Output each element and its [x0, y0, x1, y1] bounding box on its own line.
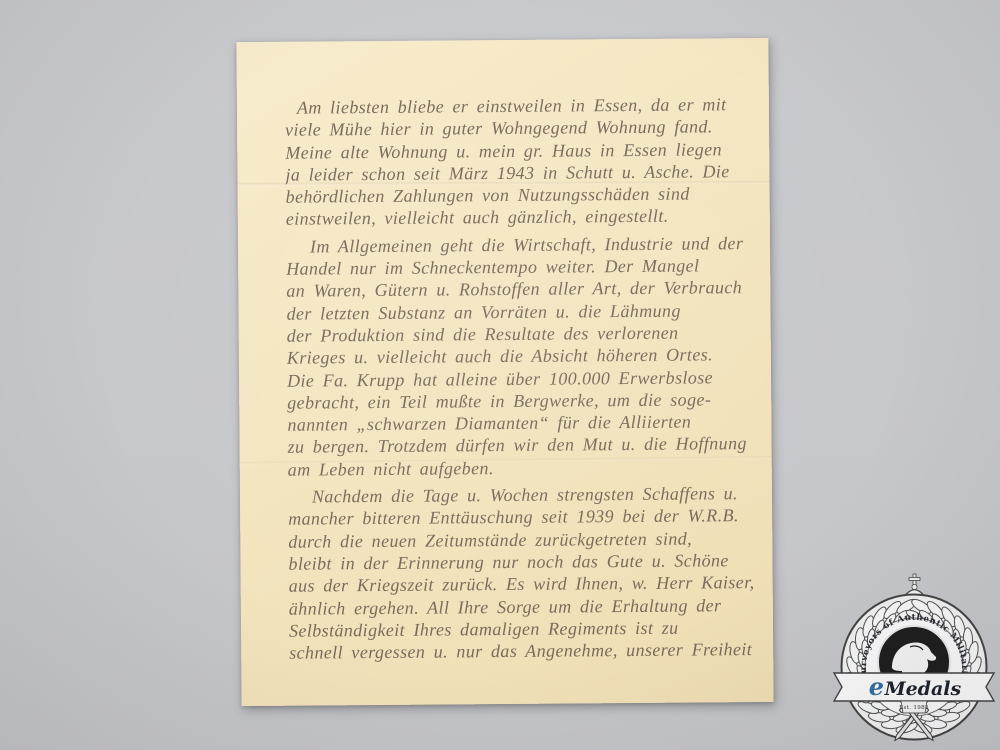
letter-paragraph: Am liebsten bliebe er einstweilen in Ess…	[285, 93, 774, 231]
letter-line: zu bergen. Trotzdem dürfen wir den Mut u…	[287, 432, 773, 458]
letter-line: am Leben nicht aufgeben.	[288, 455, 774, 481]
letter-page: Am liebsten bliebe er einstweilen in Ess…	[236, 38, 773, 706]
letter-line: viele Mühe hier in guter Wohngegend Wohn…	[285, 115, 774, 141]
letter-paragraph: Im Allgemeinen geht die Wirtschaft, Indu…	[286, 232, 774, 481]
letter-paragraph: Nachdem die Tage u. Wochen strengsten Sc…	[288, 482, 774, 664]
letter-line: gebracht, ein Teil mußte in Bergwerke, u…	[287, 388, 773, 414]
established-tab: Est. 1985	[899, 701, 929, 713]
letter-line: Im Allgemeinen geht die Wirtschaft, Indu…	[286, 232, 774, 258]
established-text: Est. 1985	[899, 705, 929, 711]
photo-background: Am liebsten bliebe er einstweilen in Ess…	[0, 0, 1000, 750]
letter-line: ähnlich ergehen. All Ihre Sorge um die E…	[289, 593, 774, 619]
letter-line: einstweilen, vielleicht auch gänzlich, e…	[286, 204, 774, 230]
handwritten-text: Am liebsten bliebe er einstweilen in Ess…	[285, 93, 774, 664]
letter-line: Krieges u. vielleicht auch die Absicht h…	[287, 343, 774, 369]
emedals-watermark-logo: Purveyors of Authentic Militaria eMedals	[824, 546, 1000, 750]
letter-line: aus der Kriegszeit zurück. Es wird Ihnen…	[289, 571, 774, 597]
letter-line: ja leider schon seit März 1943 in Schutt…	[285, 160, 773, 186]
letter-line: mancher bitteren Enttäuschung seit 1939 …	[288, 504, 774, 530]
letter-line: schnell vergessen u. nur das Angenehme, …	[289, 638, 773, 664]
brand-banner: eMedals	[834, 672, 994, 701]
letter-line: an Waren, Gütern u. Rohstoffen aller Art…	[286, 276, 773, 302]
